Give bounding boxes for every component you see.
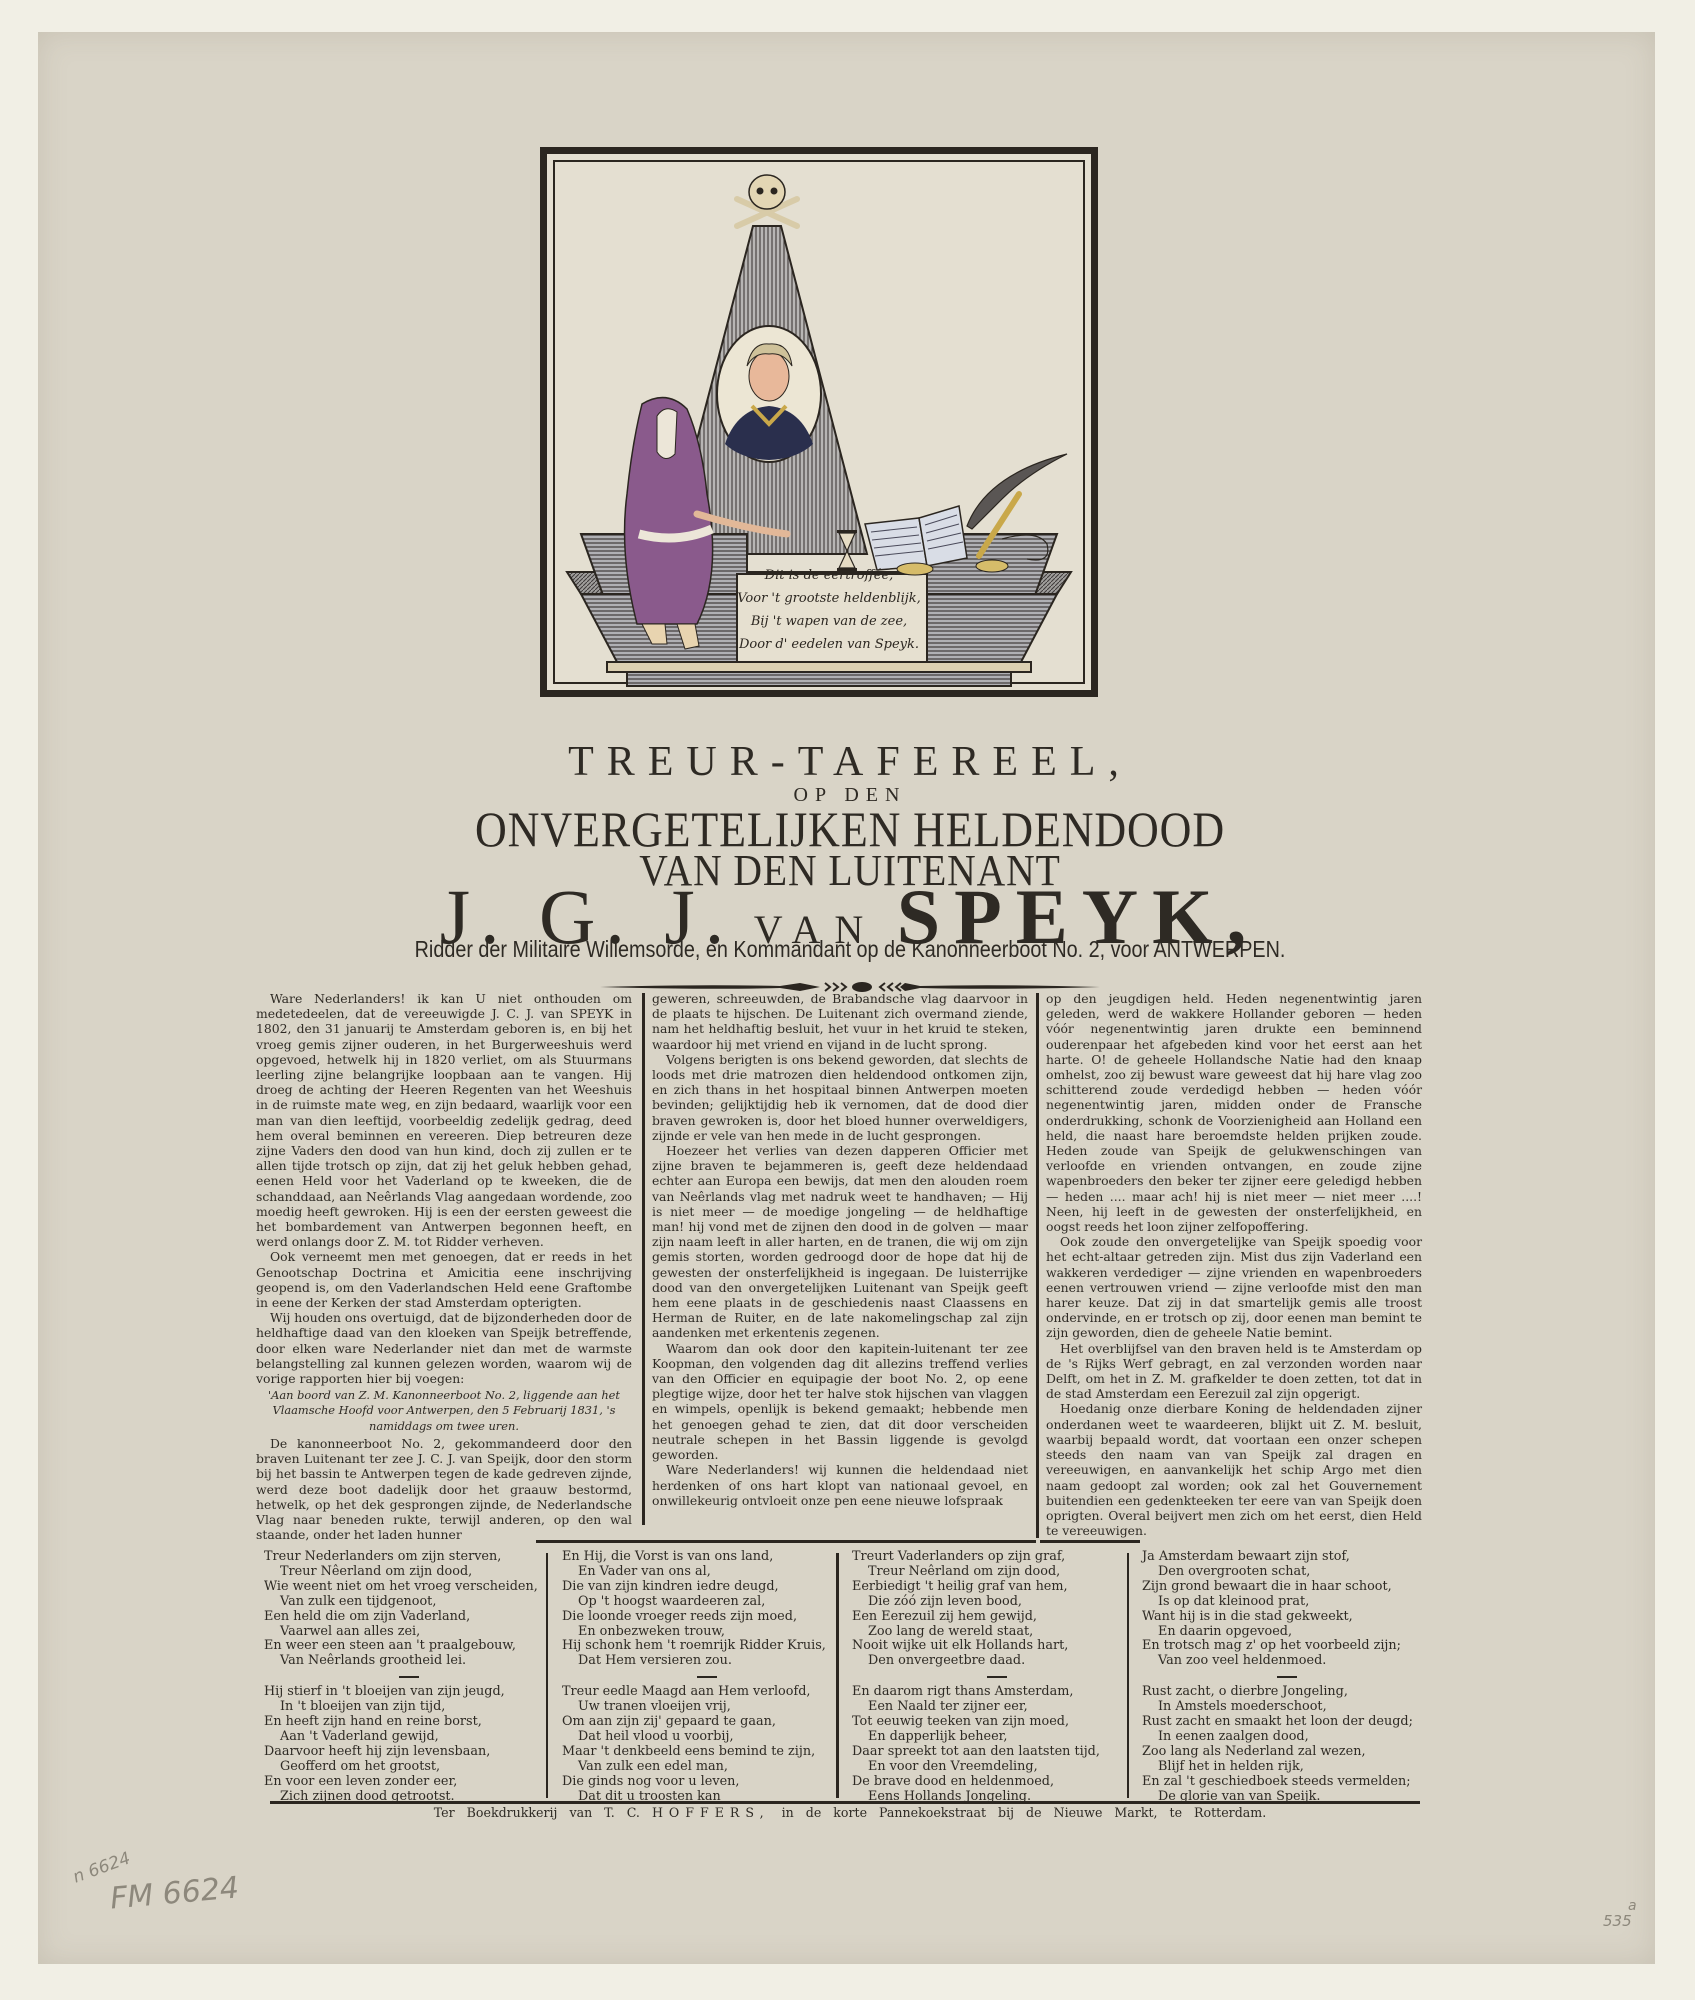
article-paragraph: Het overblijfsel van den braven held is … bbox=[1046, 1341, 1422, 1402]
poem-line: Die zóó zijn leven bood, bbox=[852, 1595, 1137, 1610]
poem-line: En trotsch mag z' op het voorbeeld zijn; bbox=[1142, 1639, 1427, 1654]
poem-line: Zijn grond bewaart die in haar schoot, bbox=[1142, 1580, 1427, 1595]
poem-line: De brave dood en heldenmoed, bbox=[852, 1775, 1137, 1790]
poem-divider bbox=[1127, 1553, 1129, 1798]
article-paragraph: Ook zoude den onvergetelijke van Speijk … bbox=[1046, 1234, 1422, 1340]
poem-line: En zal 't geschiedboek steeds vermelden; bbox=[1142, 1775, 1427, 1790]
poem-line: Treur Neêrland om zijn dood, bbox=[852, 1565, 1137, 1580]
quill-icon bbox=[967, 454, 1067, 529]
poem-line: In 't bloeijen van zijn tijd, bbox=[264, 1700, 549, 1715]
poem-line: Een held die om zijn Vaderland, bbox=[264, 1610, 549, 1625]
article-paragraph: Waarom dan ook door den kapitein-luitena… bbox=[652, 1341, 1028, 1463]
article-paragraph: De kanonneerboot No. 2, gekommandeerd do… bbox=[256, 1436, 632, 1542]
report-dateline: 'Aan boord van Z. M. Kanonneerboot No. 2… bbox=[256, 1386, 632, 1436]
poem-line: En voor een leven zonder eer, bbox=[264, 1775, 549, 1790]
rank-line: Ridder der Militaire Willemsorde, en Kom… bbox=[325, 936, 1374, 963]
article-paragraph: Wij houden ons overtuigd, dat de bijzond… bbox=[256, 1310, 632, 1386]
plaque-line: Bij 't wapen van de zee, bbox=[751, 610, 907, 633]
poem-line: En dapperlijk beheer, bbox=[852, 1730, 1137, 1745]
poem-line: Die van zijn kindren iedre deugd, bbox=[562, 1580, 847, 1595]
imprint-prefix: Ter Boekdrukkerij van T. C. bbox=[434, 1805, 640, 1820]
tomb-plaque-inscription: Dit is de eertroffée, Voor 't grootste h… bbox=[734, 554, 924, 666]
portrait-medallion bbox=[717, 326, 821, 462]
poem-line: Om aan zijn zij' gepaard te gaan, bbox=[562, 1715, 847, 1730]
poem-line: In Amstels moederschoot, bbox=[1142, 1700, 1427, 1715]
poem-line: Nooit wijke uit elk Hollands hart, bbox=[852, 1639, 1137, 1654]
poem-line: En weer een steen aan 't praalgebouw, bbox=[264, 1639, 549, 1654]
poem-line: Eerbiedigt 't heilig graf van hem, bbox=[852, 1580, 1137, 1595]
poem-line: Van Neêrlands grootheid lei. bbox=[264, 1654, 549, 1669]
article-paragraph: Ware Nederlanders! ik kan U niet onthoud… bbox=[256, 991, 632, 1249]
poem-line: Maar 't denkbeeld eens bemind te zijn, bbox=[562, 1745, 847, 1760]
poem-line: Treur Nêerland om zijn dood, bbox=[264, 1565, 549, 1580]
poem-line: Van zulk een tijdgenoot, bbox=[264, 1595, 549, 1610]
article-column-3: op den jeugdigen held. Heden negenentwin… bbox=[1046, 991, 1422, 1538]
imprint-address: in de korte Pannekoekstraat bij de Nieuw… bbox=[782, 1805, 1267, 1820]
poem-line: Hij schonk hem 't roemrijk Ridder Kruis, bbox=[562, 1639, 847, 1654]
poem-line: Zoo lang de wereld staat, bbox=[852, 1625, 1137, 1640]
poem-line: Van zulk een edel man, bbox=[562, 1760, 847, 1775]
footer-rule bbox=[270, 1801, 1420, 1804]
poem-line: Want hij is in die stad gekweekt, bbox=[1142, 1610, 1427, 1625]
poem-line: En Vader van ons al, bbox=[562, 1565, 847, 1580]
poem-line: Rust zacht, o dierbre Jongeling, bbox=[1142, 1685, 1427, 1700]
poem-line: Vaarwel aan alles zei, bbox=[264, 1625, 549, 1640]
poem-line: Die loonde vroeger reeds zijn moed, bbox=[562, 1610, 847, 1625]
poem-line: Rust zacht en smaakt het loon der deugd; bbox=[1142, 1715, 1427, 1730]
article-column-2: geweren, schreeuwden, de Brabandsche vla… bbox=[652, 991, 1028, 1508]
poem-line: Uw tranen vloeijen vrij, bbox=[562, 1700, 847, 1715]
article-paragraph: Hoezeer het verlies van dezen dapperen O… bbox=[652, 1143, 1028, 1341]
poem-column-2: En Hij, die Vorst is van ons land, En Va… bbox=[562, 1550, 847, 1805]
poem-line: Tot eeuwig teeken van zijn moed, bbox=[852, 1715, 1137, 1730]
imprint-printer: HOFFERS, bbox=[652, 1805, 770, 1820]
poem-line: Aan 't Vaderland gewijd, bbox=[264, 1730, 549, 1745]
poem-line: Daar spreekt tot aan den laatsten tijd, bbox=[852, 1745, 1137, 1760]
pencil-annotation: 535 bbox=[1603, 1912, 1632, 1930]
poem-divider bbox=[836, 1553, 839, 1798]
printer-imprint: Ter Boekdrukkerij van T. C. HOFFERS, in … bbox=[260, 1805, 1440, 1820]
poem-line: Geofferd om het grootst, bbox=[264, 1760, 549, 1775]
poem-line: Treur eedle Maagd aan Hem verloofd, bbox=[562, 1685, 847, 1700]
poem-line: Wie weent niet om het vroeg verscheiden, bbox=[264, 1580, 549, 1595]
plaque-line: Voor 't grootste heldenblijk, bbox=[737, 587, 921, 610]
poem-line: En heeft zijn hand en reine borst, bbox=[264, 1715, 549, 1730]
poem-line: In eenen zaalgen dood, bbox=[1142, 1730, 1427, 1745]
poem-column-1: Treur Nederlanders om zijn sterven, Treu… bbox=[264, 1550, 549, 1805]
poem-line: Treur Nederlanders om zijn sterven, bbox=[264, 1550, 549, 1565]
article-paragraph: geweren, schreeuwden, de Brabandsche vla… bbox=[652, 991, 1028, 1052]
stanza-divider bbox=[987, 1676, 1007, 1678]
article-paragraph: Ware Nederlanders! wij kunnen die helden… bbox=[652, 1462, 1028, 1508]
poem-line: Daarvoor heeft hij zijn levensbaan, bbox=[264, 1745, 549, 1760]
page-title: TREUR-TAFEREEL, bbox=[240, 738, 1460, 786]
poem-line: Hij stierf in 't bloeijen van zijn jeugd… bbox=[264, 1685, 549, 1700]
poem-line: En onbezweken trouw, bbox=[562, 1625, 847, 1640]
poem-line: Van zoo veel heldenmoed. bbox=[1142, 1654, 1427, 1669]
poem-line: Blijf het in helden rijk, bbox=[1142, 1760, 1427, 1775]
poem-column-4: Ja Amsterdam bewaart zijn stof, Den over… bbox=[1142, 1550, 1427, 1805]
poem-line: Dat Hem versieren zou. bbox=[562, 1654, 847, 1669]
poem-column-3: Treurt Vaderlanders op zijn graf, Treur … bbox=[852, 1550, 1137, 1805]
poem-line: En daarom rigt thans Amsterdam, bbox=[852, 1685, 1137, 1700]
stanza-divider bbox=[697, 1676, 717, 1678]
plaque-line: Door d' eedelen van Speyk. bbox=[739, 633, 919, 656]
woodcut-illustration: Dit is de eertroffée, Voor 't grootste h… bbox=[540, 147, 1098, 697]
article-paragraph: Volgens berigten is ons bekend geworden,… bbox=[652, 1052, 1028, 1143]
poem-line: Zoo lang als Nederland zal wezen, bbox=[1142, 1745, 1427, 1760]
poem-line: En voor den Vreemdeling, bbox=[852, 1760, 1137, 1775]
article-paragraph: op den jeugdigen held. Heden negenentwin… bbox=[1046, 991, 1422, 1234]
section-rule bbox=[1040, 1540, 1140, 1543]
poem-line: Een Eerezuil zij hem gewijd, bbox=[852, 1610, 1137, 1625]
article-column-1: Ware Nederlanders! ik kan U niet onthoud… bbox=[256, 991, 632, 1542]
poem-line: Op 't hoogst waardeeren zal, bbox=[562, 1595, 847, 1610]
plaque-line: Dit is de eertroffée, bbox=[765, 564, 894, 587]
article-paragraph: Ook verneemt men met genoegen, dat er re… bbox=[256, 1249, 632, 1310]
column-divider bbox=[1036, 993, 1039, 1538]
poem-line: En daarin opgevoed, bbox=[1142, 1625, 1427, 1640]
stanza-divider bbox=[399, 1676, 419, 1678]
skull-crossbones-icon bbox=[737, 175, 797, 226]
poem-line: Den overgrooten schat, bbox=[1142, 1565, 1427, 1580]
poem-line: Een Naald ter zijner eer, bbox=[852, 1700, 1137, 1715]
poem-line: Ja Amsterdam bewaart zijn stof, bbox=[1142, 1550, 1427, 1565]
poem-line: Is op dat kleinood prat, bbox=[1142, 1595, 1427, 1610]
column-divider bbox=[642, 993, 645, 1525]
poem-line: Treurt Vaderlanders op zijn graf, bbox=[852, 1550, 1137, 1565]
poem-line: Den onvergeetbre daad. bbox=[852, 1654, 1137, 1669]
poem-divider bbox=[546, 1553, 548, 1798]
stanza-divider bbox=[1277, 1676, 1297, 1678]
article-paragraph: Hoedanig onze dierbare Koning de heldend… bbox=[1046, 1401, 1422, 1538]
poem-line: Die ginds nog voor u leven, bbox=[562, 1775, 847, 1790]
poem-line: Dat heil vlood u voorbij, bbox=[562, 1730, 847, 1745]
poem-line: En Hij, die Vorst is van ons land, bbox=[562, 1550, 847, 1565]
section-rule bbox=[536, 1540, 1036, 1543]
